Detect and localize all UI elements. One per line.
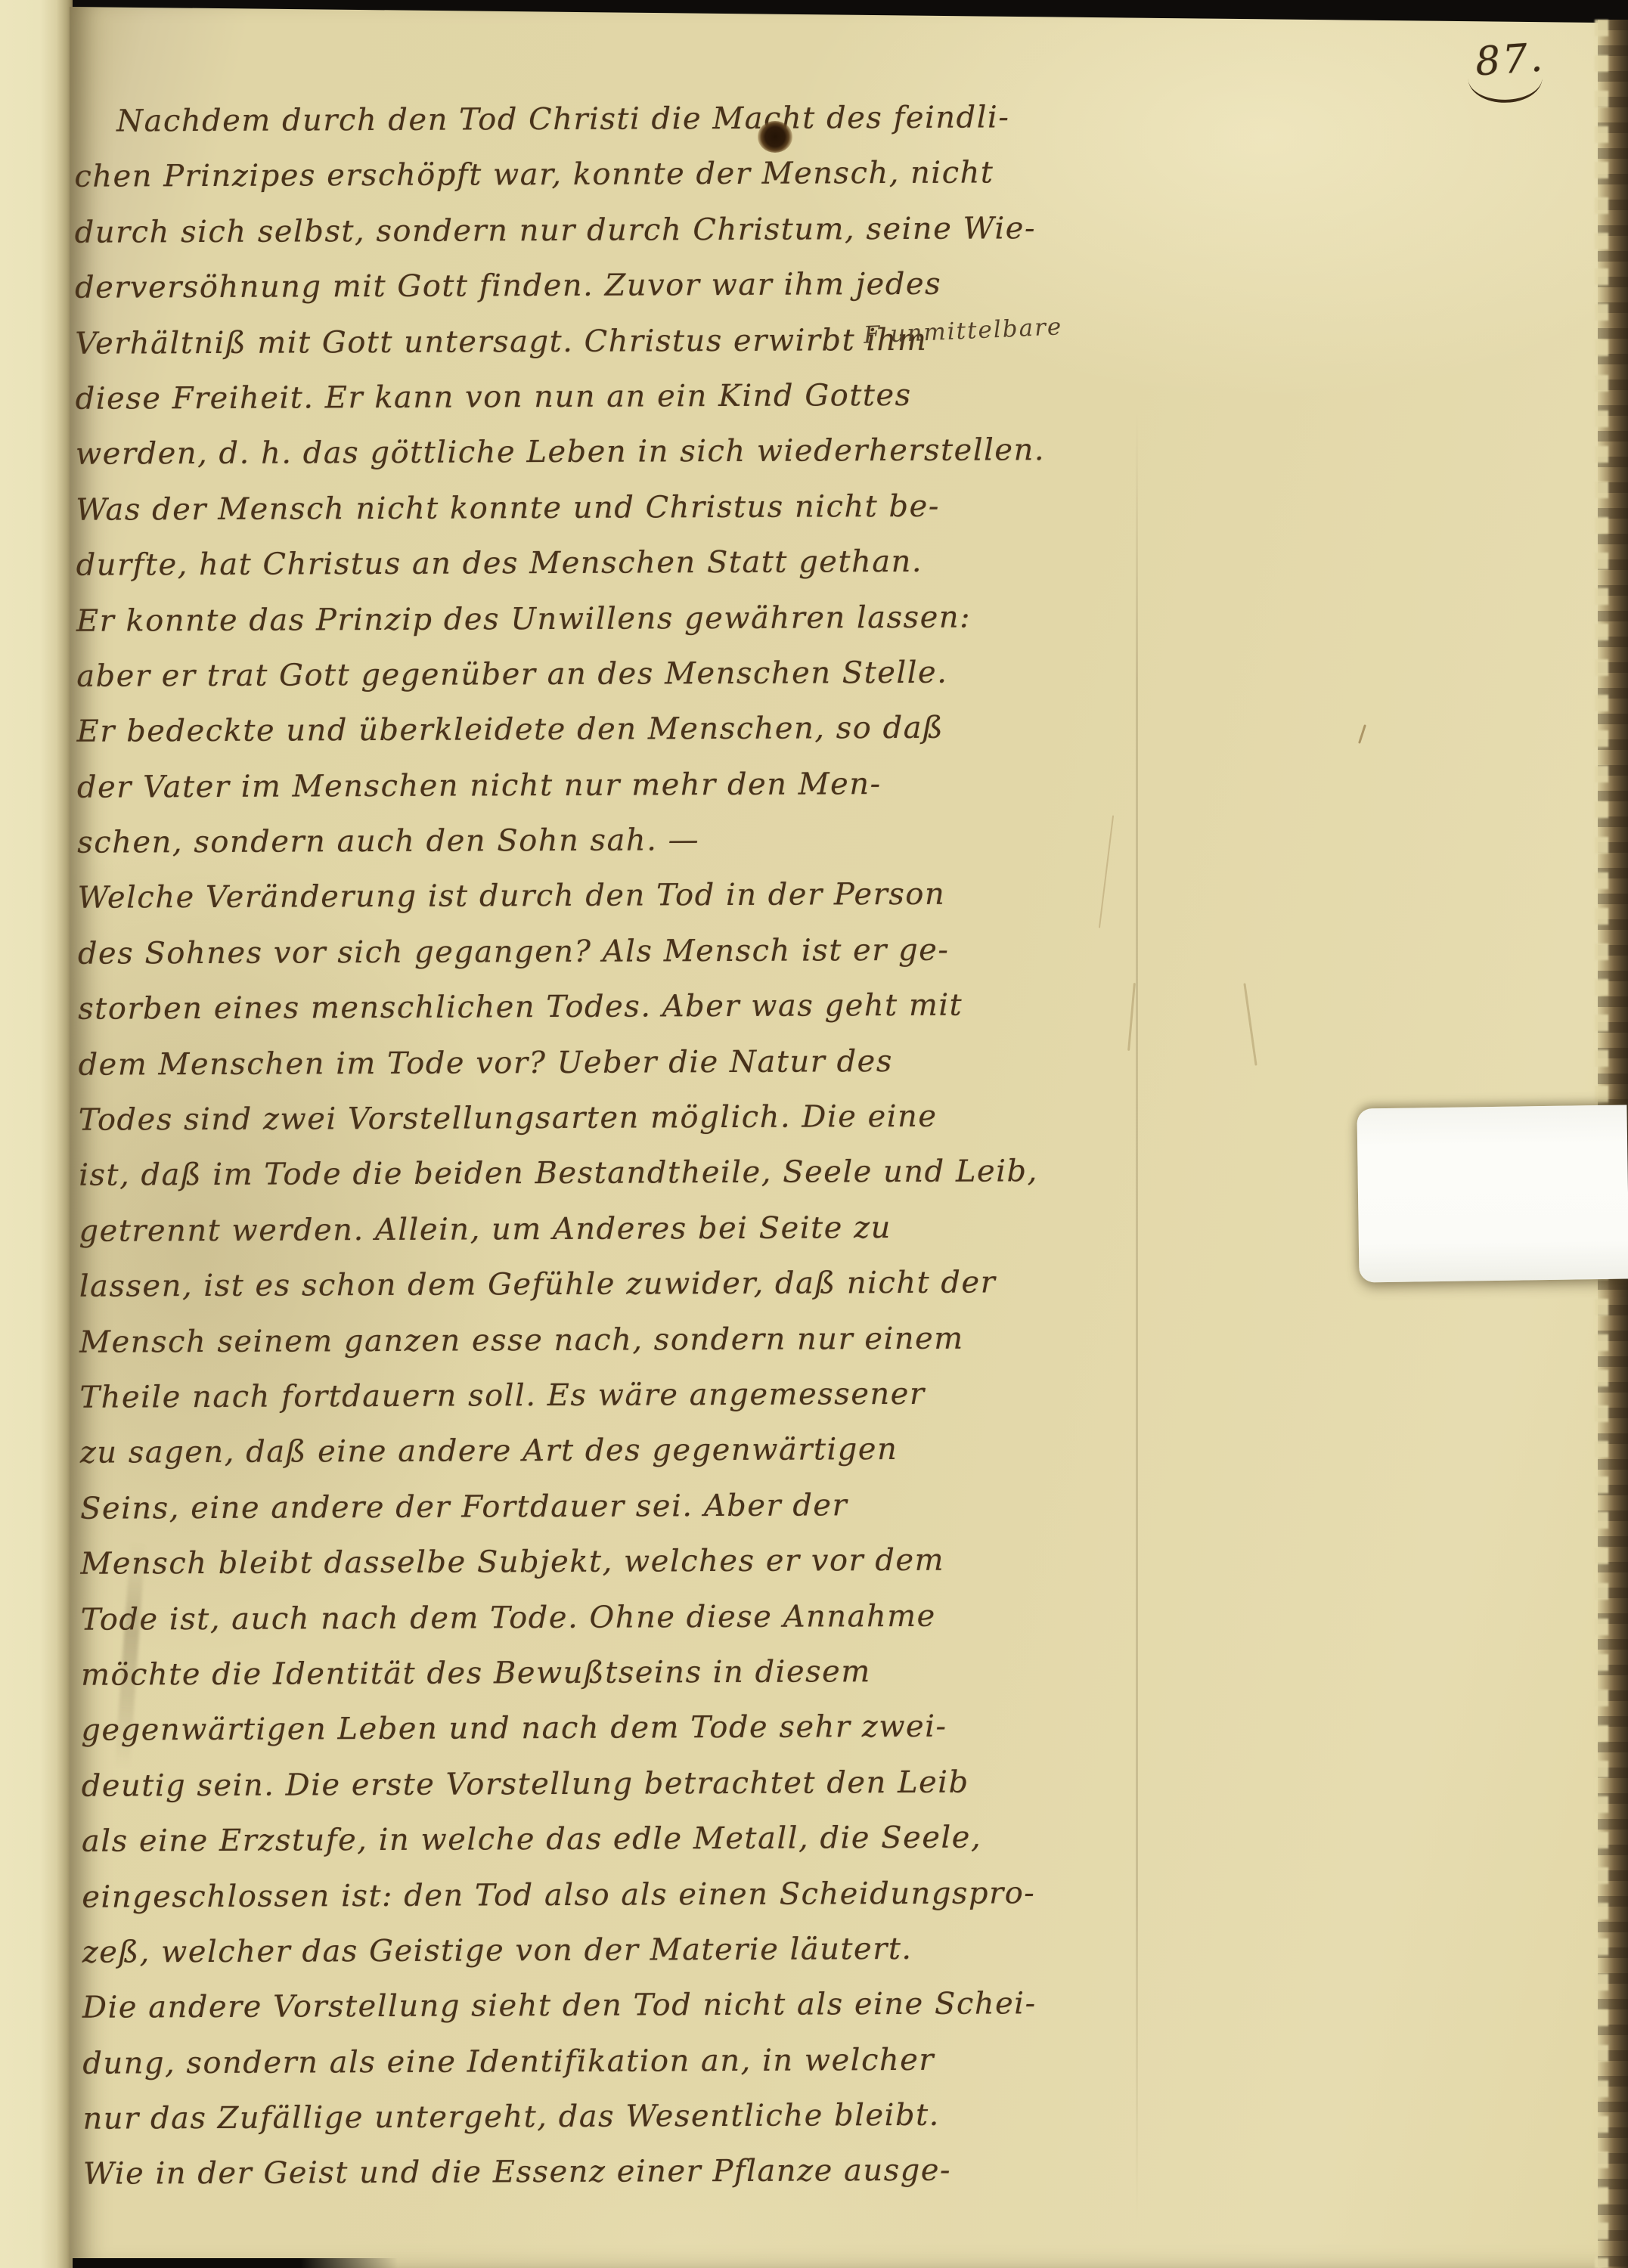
manuscript-line: möchte die Identität des Bewußtseins in …: [81, 1644, 1034, 1703]
manuscript-line: Mensch seinem ganzen esse nach, sondern …: [79, 1311, 1032, 1371]
manuscript-line: dem Menschen im Tode vor? Ueber die Natu…: [78, 1033, 1031, 1093]
manuscript-line: lassen, ist es schon dem Gefühle zuwider…: [79, 1255, 1032, 1315]
manuscript-line: Tode ist, auch nach dem Tode. Ohne diese…: [81, 1588, 1034, 1648]
manuscript-line: Die andere Vorstellung sieht den Tod nic…: [82, 1977, 1035, 2037]
manuscript-line: aber er trat Gott gegenüber an des Mensc…: [76, 645, 1029, 705]
manuscript-line: Welche Veränderung ist durch den Tod in …: [77, 867, 1030, 927]
manuscript-line: der Vater im Menschen nicht nur mehr den…: [77, 756, 1030, 816]
manuscript-line: diese Freiheit. Er kann von nun an ein K…: [76, 367, 1028, 427]
manuscript-line: Er konnte das Prinzip des Unwillens gewä…: [76, 590, 1029, 649]
manuscript-line: derversöhnung mit Gott finden. Zuvor war…: [75, 256, 1028, 316]
manuscript-line: Mensch bleibt dasselbe Subjekt, welches …: [80, 1532, 1033, 1592]
manuscript-line: deutig sein. Die erste Vorstellung betra…: [82, 1755, 1034, 1814]
manuscript-line: des Sohnes vor sich gegangen? Als Mensch…: [78, 922, 1031, 982]
manuscript-line: getrennt werden. Allein, um Anderes bei …: [79, 1200, 1031, 1259]
manuscript-text: Nachdem durch den Tod Christi die Macht …: [74, 90, 1036, 2202]
manuscript-line: Seins, eine andere der Fortdauer sei. Ab…: [80, 1477, 1033, 1537]
page-marker-tab: [1357, 1105, 1628, 1283]
manuscript-line: Nachdem durch den Tod Christi die Macht …: [74, 90, 1027, 150]
manuscript-line: als eine Erzstufe, in welche das edle Me…: [82, 1810, 1034, 1870]
manuscript-line: Wie in der Geist und die Essenz einer Pf…: [83, 2143, 1036, 2203]
manuscript-line: Todes sind zwei Vorstellungsarten möglic…: [79, 1089, 1031, 1148]
bottom-gap-shadow: [73, 2258, 398, 2268]
manuscript-line: Er bedeckte und überkleidete den Mensche…: [76, 701, 1029, 761]
page-number-underline: [1468, 76, 1543, 104]
manuscript-line: gegenwärtigen Leben und nach dem Tode se…: [81, 1699, 1034, 1759]
paper-crease: [1136, 408, 1138, 2223]
manuscript-line: eingeschlossen ist: den Tod also als ein…: [82, 1866, 1034, 1926]
manuscript-line: werden, d. h. das göttliche Leben in sic…: [76, 423, 1028, 483]
manuscript-line: durfte, hat Christus an des Menschen Sta…: [76, 534, 1028, 593]
adjacent-page-edge: [0, 0, 73, 2268]
manuscript-scan: 87. Nachdem durch den Tod Christi die Ma…: [0, 0, 1628, 2268]
manuscript-line: schen, sondern auch den Sohn sah. —: [77, 811, 1030, 871]
manuscript-line: ist, daß im Tode die beiden Bestandtheil…: [79, 1145, 1031, 1204]
manuscript-line: zu sagen, daß eine andere Art des gegenw…: [80, 1422, 1033, 1482]
manuscript-line: nur das Zufällige untergeht, das Wesentl…: [82, 2087, 1035, 2147]
manuscript-line: Was der Mensch nicht konnte und Christus…: [76, 479, 1028, 538]
manuscript-line: Theile nach fortdauern soll. Es wäre ang…: [79, 1366, 1032, 1426]
manuscript-line: chen Prinzipes erschöpft war, konnte der…: [74, 146, 1027, 206]
manuscript-line: zeß, welcher das Geistige von der Materi…: [82, 1921, 1034, 1981]
manuscript-line: durch sich selbst, sondern nur durch Chr…: [75, 201, 1028, 261]
ink-blot: [758, 121, 792, 153]
manuscript-line: dung, sondern als eine Identifikation an…: [82, 2032, 1035, 2092]
manuscript-line: storben eines menschlichen Todes. Aber w…: [78, 978, 1031, 1038]
page-number: 87.: [1474, 33, 1577, 105]
